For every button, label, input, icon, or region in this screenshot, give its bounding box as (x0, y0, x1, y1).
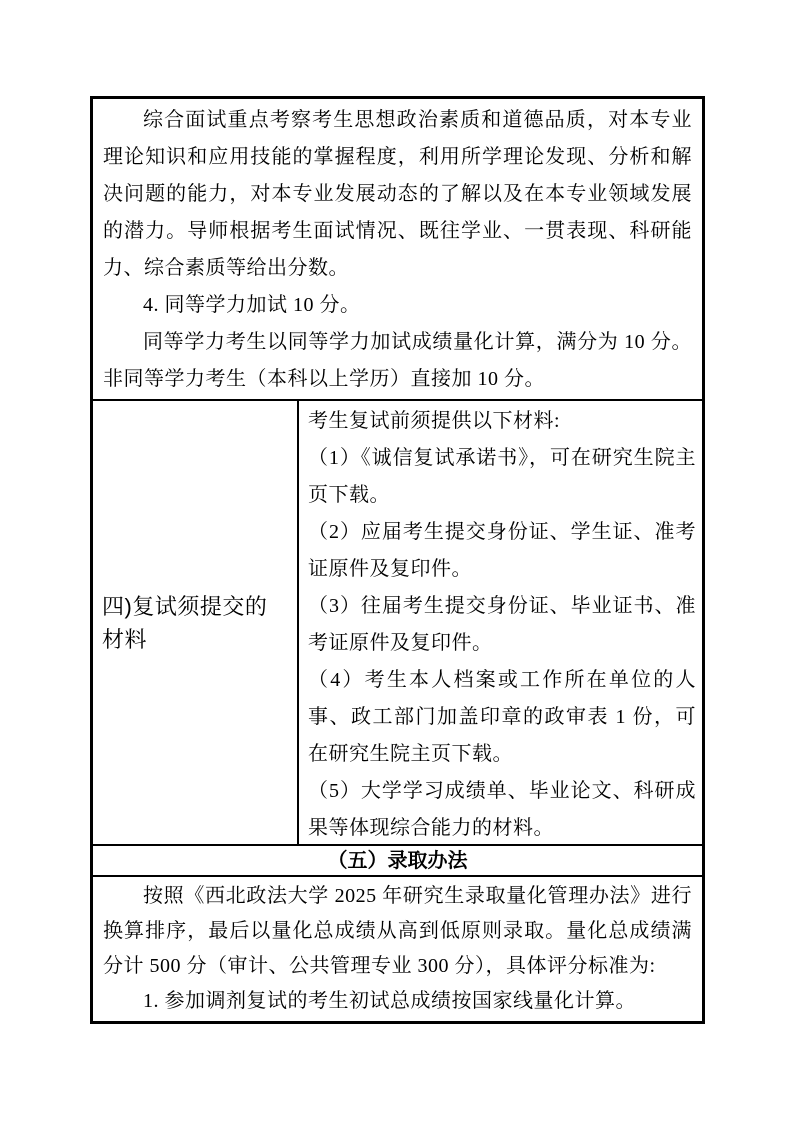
materials-row-label-cell: 四)复试须提交的材料 (93, 401, 299, 844)
materials-row-label: 四)复试须提交的材料 (102, 590, 288, 656)
admission-method-heading: （五）录取办法 (93, 844, 702, 875)
quantified-score-paragraph: 按照《西北政法大学 2025 年研究生录取量化管理办法》进行换算排序，最后以量化… (103, 879, 692, 984)
material-item-5: （5）大学学习成绩单、毕业论文、科研成果等体现综合能力的材料。 (308, 773, 696, 847)
material-item-1: （1）《诚信复试承诺书》，可在研究生院主页下载。 (308, 440, 696, 514)
material-item-4: （4）考生本人档案或工作所在单位的人事、政工部门加盖印章的政审表 1 份，可在研… (308, 662, 696, 773)
interview-and-bonus-cell: 综合面试重点考察考生思想政治素质和道德品质，对本专业理论知识和应用技能的掌握程度… (93, 99, 702, 399)
material-item-3: （3）往届考生提交身份证、毕业证书、准考证原件及复印件。 (308, 588, 696, 662)
materials-list-cell: 考生复试前须提供以下材料: （1）《诚信复试承诺书》，可在研究生院主页下载。 （… (299, 401, 702, 844)
materials-row: 四)复试须提交的材料 考生复试前须提供以下材料: （1）《诚信复试承诺书》，可在… (93, 399, 702, 844)
admissions-table: 综合面试重点考察考生思想政治素质和道德品质，对本专业理论知识和应用技能的掌握程度… (90, 96, 705, 1024)
material-item-2: （2）应届考生提交身份证、学生证、准考证原件及复印件。 (308, 514, 696, 588)
document-page: 综合面试重点考察考生思想政治素质和道德品质，对本专业理论知识和应用技能的掌握程度… (0, 0, 793, 1122)
materials-intro: 考生复试前须提供以下材料: (308, 403, 696, 440)
equivalent-degree-test-paragraph: 4. 同等学力加试 10 分。 (103, 287, 692, 324)
interview-criteria-paragraph: 综合面试重点考察考生思想政治素质和道德品质，对本专业理论知识和应用技能的掌握程度… (103, 102, 692, 287)
equivalent-degree-scoring-paragraph: 同等学力考生以同等学力加试成绩量化计算，满分为 10 分。非同等学力考生（本科以… (103, 324, 692, 398)
adjustment-candidates-paragraph: 1. 参加调剂复试的考生初试总成绩按国家线量化计算。 (103, 984, 692, 1019)
admission-method-cell: 按照《西北政法大学 2025 年研究生录取量化管理办法》进行换算排序，最后以量化… (93, 875, 702, 1021)
